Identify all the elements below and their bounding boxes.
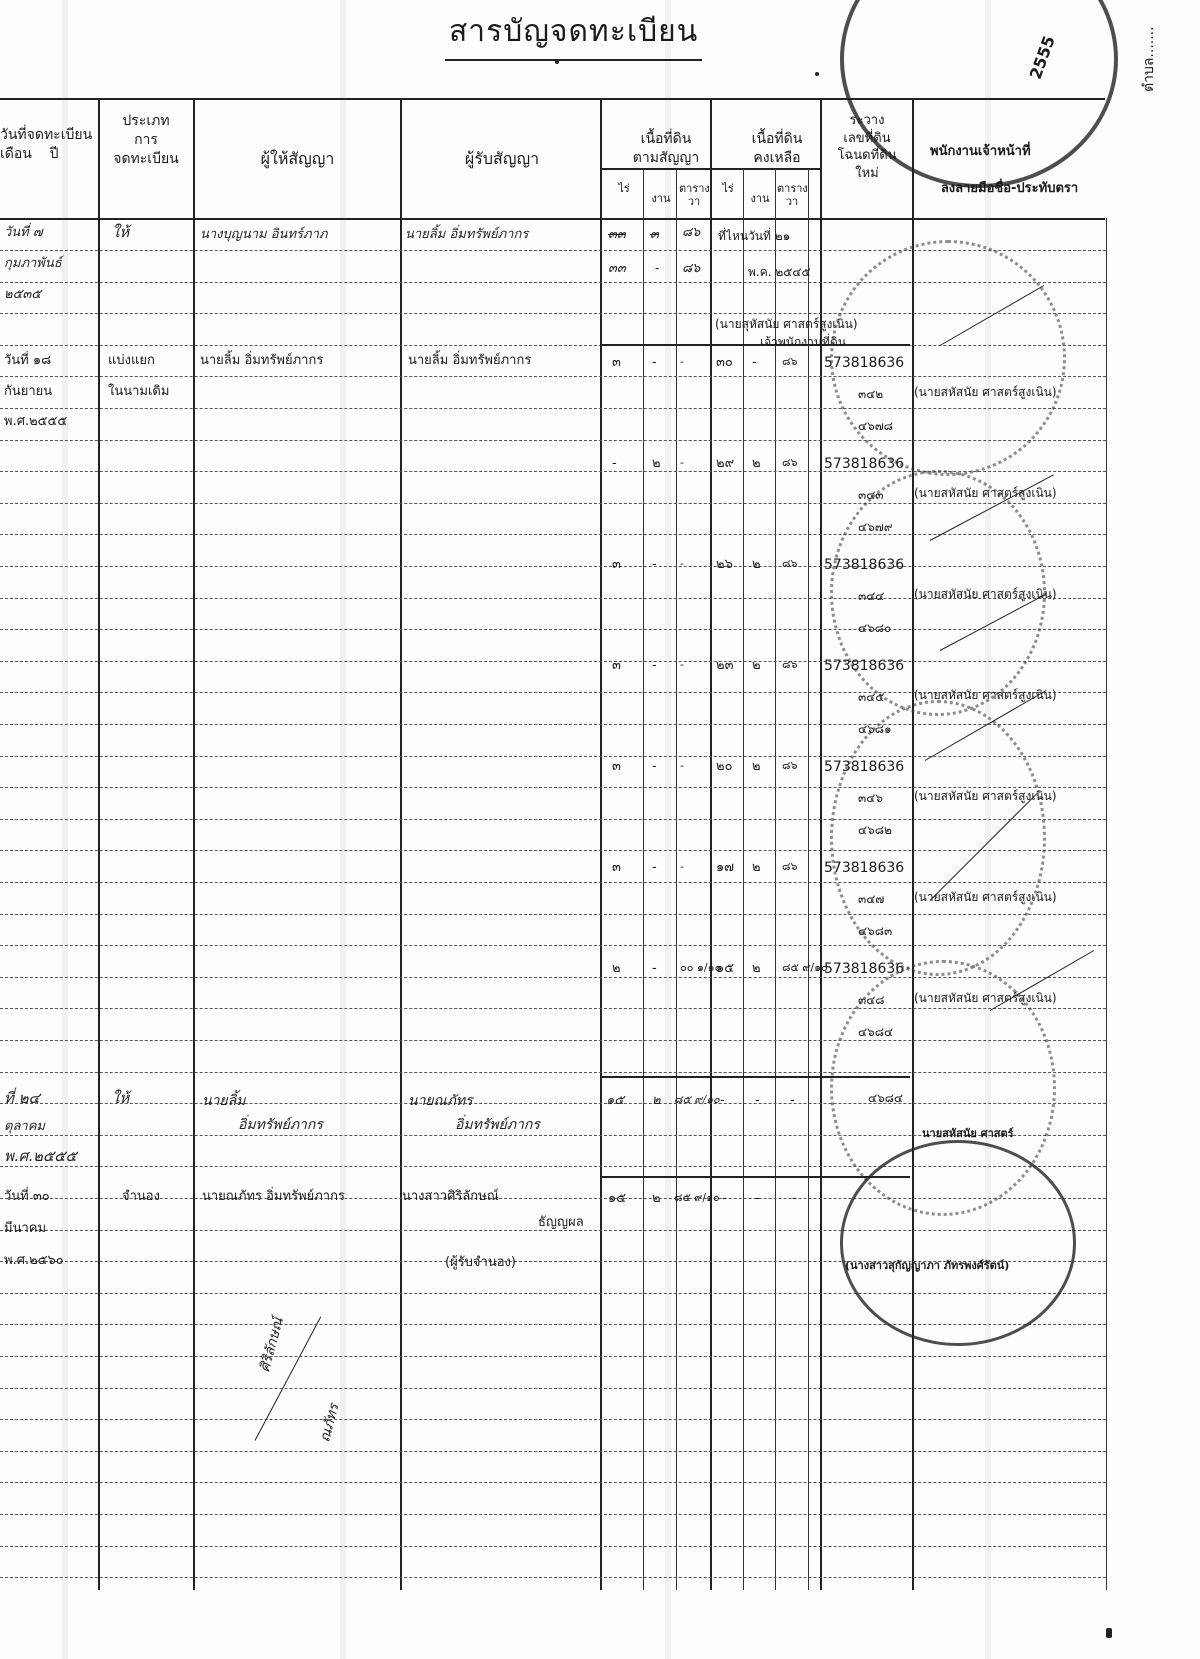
- split-contract-wa: -: [680, 659, 684, 671]
- entry-contract-wa: ๘๕ ๙/๑๐: [674, 1094, 720, 1106]
- entry-contract-ngan: ๒: [652, 1192, 661, 1206]
- entry-date-year: พ.ศ.๒๕๕๕: [4, 1148, 77, 1165]
- split-remaining-wa: ๘๖: [782, 659, 797, 671]
- header-bottom-border: [0, 218, 1105, 220]
- entry-contract-rai: ๑๕: [608, 1192, 626, 1206]
- row-rule: [0, 1482, 1106, 1483]
- entry-grantor: นายณภัทร อิ่มทรัพย์ภากร: [202, 1190, 345, 1204]
- unit-rai-remaining: ไร่: [713, 182, 743, 195]
- split-remaining-ngan: ๒: [752, 659, 761, 673]
- split-contract-wa: -: [680, 861, 684, 873]
- row-rule: [0, 1356, 1106, 1357]
- column-divider: [775, 168, 776, 1590]
- split-contract-rai: ๓: [612, 356, 621, 370]
- official-seal-icon: [830, 470, 1046, 716]
- split-contract-wa: -: [680, 356, 684, 368]
- row-rule: [0, 1451, 1106, 1452]
- split-contract-ngan: -: [652, 356, 657, 370]
- entry-remaining-wa: -: [790, 1094, 795, 1108]
- split-remaining-wa: ๘๕ ๙/๑๐: [782, 962, 828, 974]
- split-contract-rai: ๓: [612, 659, 621, 673]
- dot-mark: [815, 72, 819, 76]
- split-remaining-ngan: ๒: [752, 760, 761, 774]
- split-remaining-rai: ๒๓: [716, 659, 733, 673]
- entry-contract-rai-corrected: ๓๓: [608, 262, 626, 276]
- entry-remaining-rai: -: [720, 1094, 725, 1108]
- entry-type: จำนอง: [122, 1190, 160, 1204]
- entry-date-day: ที่ ๒๔: [4, 1090, 40, 1107]
- entry-contract-ngan: ๓: [650, 228, 659, 242]
- dot-mark: [555, 60, 559, 64]
- official-seal-icon: [830, 240, 1066, 476]
- entry-contract-ngan-corrected: -: [655, 262, 659, 276]
- entry-date-year: พ.ศ.๒๕๖๐: [4, 1254, 64, 1268]
- entry-remaining-wa: -: [792, 1192, 797, 1206]
- split-contract-rai: ๓: [612, 760, 621, 774]
- split-remaining-rai: ๑๕: [716, 962, 734, 976]
- split-remaining-wa: ๘๖: [782, 760, 797, 772]
- entry-grantee: นางสาวศิริลักษณ์: [402, 1190, 499, 1204]
- split-contract-ngan: -: [652, 861, 657, 875]
- split-remaining-rai: ๓๐: [716, 356, 733, 370]
- column-divider: [600, 98, 602, 1590]
- entry-contract-rai: ๑๕: [606, 1094, 624, 1108]
- split-remaining-ngan: ๒: [752, 962, 761, 976]
- split-contract-wa: -: [680, 457, 684, 469]
- header-grantor: ผู้ให้สัญญา: [195, 148, 400, 170]
- split-contract-wa: -: [680, 760, 684, 772]
- split-remaining-ngan: ๒: [752, 861, 761, 875]
- column-divider: [193, 98, 195, 1590]
- split-contract-rai: ๓: [612, 558, 621, 572]
- entry-remaining-ngan: -: [755, 1094, 760, 1108]
- entry-grantor: นายลิ้ม อิ่มทรัพย์ภากร: [200, 354, 323, 368]
- entry-grantor: นางบุญนาม อินทร์ภาภ: [200, 228, 327, 242]
- split-remaining-ngan: -: [752, 356, 757, 370]
- official-seal-icon: [830, 700, 1046, 976]
- column-divider: [676, 168, 677, 1590]
- row-rule: [0, 1388, 1106, 1389]
- entry-grantee-surname: ธัญญผล: [538, 1216, 584, 1230]
- column-divider: [808, 168, 809, 1590]
- entry-date-month: ตุลาคม: [4, 1120, 45, 1134]
- entry-contract-rai: ๓๓: [608, 228, 626, 242]
- split-contract-rai: ๓: [612, 861, 621, 875]
- row-rule: [0, 1514, 1106, 1515]
- row-rule: [0, 1577, 1106, 1578]
- column-divider: [643, 168, 644, 1590]
- entry-date-month: กันยายน: [4, 385, 52, 399]
- split-remaining-rai: ๑๗: [716, 861, 734, 875]
- entry-date-day: วันที่ ๓๐: [4, 1190, 50, 1204]
- scan-artifact: [62, 0, 68, 1659]
- entry-date-month: มีนาคม: [4, 1222, 46, 1236]
- column-divider: [1106, 218, 1107, 1590]
- split-remaining-wa: ๘๖: [782, 861, 797, 873]
- official-seal-icon: [840, 1140, 1076, 1346]
- unit-rai: ไร่: [605, 182, 643, 195]
- document-title: สารบัญจดทะเบียน: [445, 8, 702, 61]
- split-remaining-wa: ๘๖: [782, 356, 797, 368]
- split-contract-ngan: -: [652, 760, 657, 774]
- entry-contract-wa: ๘๖: [682, 226, 700, 240]
- row-rule: [0, 1419, 1106, 1420]
- entry-date-month: กุมภาพันธ์: [4, 257, 62, 271]
- split-contract-rai: ๒: [612, 962, 621, 976]
- dot-mark: [1106, 1628, 1112, 1638]
- entry-grantee: นายณภัทร: [408, 1094, 473, 1109]
- header-area-contract: เนื้อที่ดิน ตามสัญญา: [602, 130, 730, 168]
- entry-contract-wa: ๘๕ ๙/๑๐: [674, 1192, 720, 1204]
- split-remaining-wa: ๘๖: [782, 558, 797, 570]
- split-contract-ngan: -: [652, 962, 657, 976]
- split-remaining-ngan: ๒: [752, 457, 761, 471]
- entry-type-note: ในนามเดิม: [108, 385, 169, 399]
- unit-sq-wa: ตาราง วา: [679, 182, 709, 208]
- entry-remaining-note: ที่ไหนวันที่ ๒๑: [718, 230, 790, 243]
- unit-ngan: งาน: [645, 192, 677, 205]
- entry-grantee: นายลิ้ม อิ่มทรัพย์ภากร: [405, 228, 528, 242]
- entry-remaining-ngan: -: [755, 1192, 760, 1206]
- entry-date-year: ๒๕๓๕: [4, 288, 41, 302]
- entry-grantee-role: (ผู้รับจำนอง): [445, 1256, 516, 1270]
- entry-grantor: นายลิ้ม: [202, 1094, 245, 1109]
- split-remaining-rai: ๒๙: [716, 457, 734, 471]
- column-divider: [710, 98, 712, 1590]
- entry-remaining-note-date: พ.ค. ๒๕๔๕: [748, 266, 811, 279]
- header-registration-type: ประเภท การ จดทะเบียน: [100, 112, 192, 169]
- split-contract-rai: -: [612, 457, 617, 471]
- entry-type: แบ่งแยก: [108, 354, 155, 368]
- unit-ngan-remaining: งาน: [745, 192, 775, 205]
- split-contract-ngan: ๒: [652, 457, 661, 471]
- unit-sq-wa-remaining: ตาราง วา: [777, 182, 807, 208]
- entry-type: ให้: [112, 1090, 129, 1107]
- entry-contract-wa-corrected: ๘๖: [682, 262, 700, 276]
- signature-stroke: [255, 1317, 322, 1441]
- header-area-remaining: เนื้อที่ดิน คงเหลือ: [732, 130, 822, 168]
- column-divider: [400, 98, 402, 1590]
- split-remaining-ngan: ๒: [752, 558, 761, 572]
- column-divider: [743, 168, 744, 1590]
- entry-date-day: วันที่ ๑๘: [4, 354, 51, 368]
- entry-grantor-surname: อิ่มทรัพย์ภากร: [238, 1118, 323, 1133]
- split-contract-wa: -: [680, 558, 684, 570]
- split-remaining-rai: ๒๖: [716, 558, 733, 572]
- column-divider: [98, 98, 100, 1590]
- entry-type: ให้: [112, 224, 129, 241]
- corner-label: ตำบล.......: [1138, 26, 1160, 92]
- scan-artifact: [665, 0, 671, 1659]
- entry-date-year: พ.ศ.๒๕๕๕: [4, 415, 67, 429]
- header-date: วันที่จดทะเบียน เดือน ปี: [0, 126, 100, 164]
- stamp-text: พนักงานเจ้าหน้าที่: [930, 140, 1031, 161]
- split-remaining-wa: ๘๖: [782, 457, 797, 469]
- header-grantee: ผู้รับสัญญา: [402, 148, 602, 170]
- entry-grantee-surname: อิ่มทรัพย์ภากร: [455, 1118, 540, 1133]
- header-signature: ลงลายมือชื่อ-ประทับตรา: [912, 180, 1107, 198]
- header-deed-number: ระวาง เลขที่ดิน โฉนดที่ดิน ใหม่: [822, 112, 912, 182]
- entry-date-day: วันที่ ๗: [4, 226, 43, 240]
- table-top-border: [0, 98, 1105, 100]
- registration-document-page: สารบัญจดทะเบียน ตำบล....... 2555 พนักงาน…: [0, 0, 1200, 1659]
- entry-grantee: นายลิ้ม อิ่มทรัพย์ภากร: [408, 354, 531, 368]
- entry-contract-ngan: ๒: [652, 1094, 661, 1108]
- split-contract-ngan: -: [652, 659, 657, 673]
- entry-remaining-rai: -: [722, 1192, 727, 1206]
- split-remaining-rai: ๒๐: [716, 760, 733, 774]
- row-rule: [0, 1546, 1106, 1547]
- split-contract-ngan: -: [652, 558, 657, 572]
